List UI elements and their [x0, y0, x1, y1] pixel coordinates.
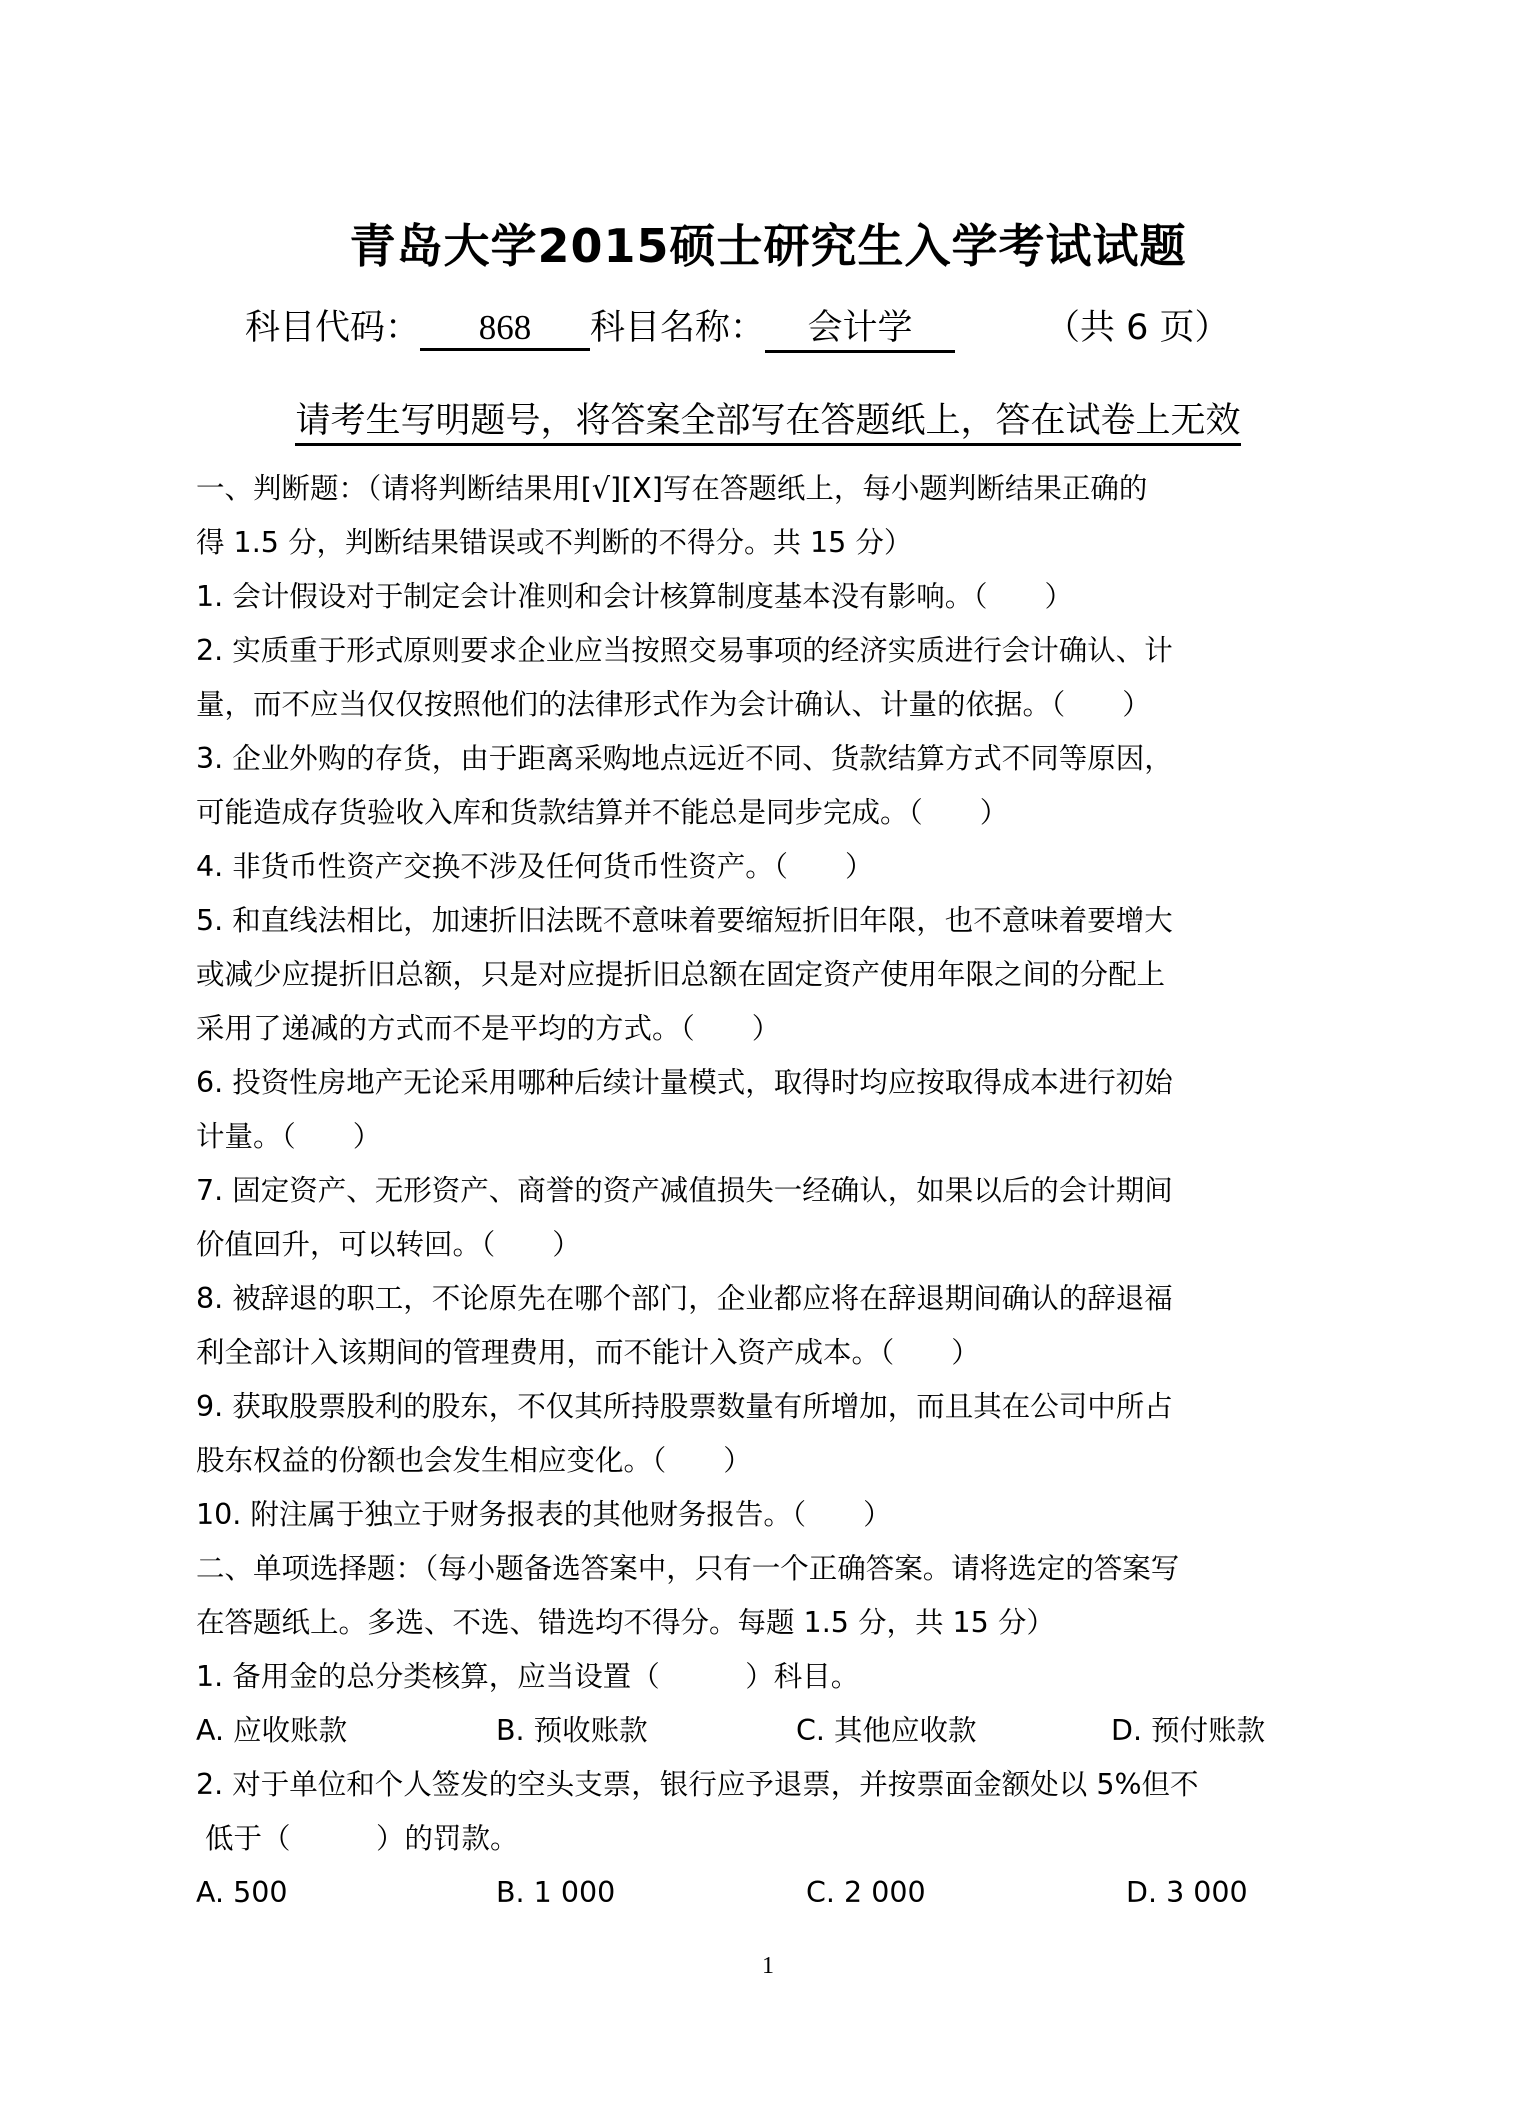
question-text: 采用了递减的方式而不是平均的方式。（ ）: [196, 1002, 1356, 1056]
section-true-false: 一、判断题：（请将判断结果用[√][X]写在答题纸上，每小题判断结果正确的 得 …: [196, 462, 1356, 1542]
section-header: 一、判断题：（请将判断结果用[√][X]写在答题纸上，每小题判断结果正确的: [196, 462, 1356, 516]
question-text: 计量。（ ）: [196, 1110, 1356, 1164]
question-4: 4. 非货币性资产交换不涉及任何货币性资产。（ ）: [196, 840, 1356, 894]
option-row: A. 应收账款 B. 预收账款 C. 其他应收款 D. 预付账款: [196, 1704, 1356, 1758]
option-c: C. 其他应收款: [796, 1704, 1111, 1758]
exam-body: 一、判断题：（请将判断结果用[√][X]写在答题纸上，每小题判断结果正确的 得 …: [196, 462, 1356, 1920]
question-7: 7. 固定资产、无形资产、商誉的资产减值损失一经确认，如果以后的会计期间 价值回…: [196, 1164, 1356, 1272]
question-text: 1. 备用金的总分类核算，应当设置（ ）科目。: [196, 1650, 1356, 1704]
question-text: 10. 附注属于独立于财务报表的其他财务报告。（ ）: [196, 1488, 1356, 1542]
exam-page: 青岛大学2015硕士研究生入学考试试题 科目代码：868科目名称：会计学（共 6…: [0, 0, 1536, 2127]
exam-title: 青岛大学2015硕士研究生入学考试试题: [0, 210, 1536, 276]
question-text: 可能造成存货验收入库和货款结算并不能总是同步完成。（ ）: [196, 786, 1356, 840]
notice-text: 请考生写明题号，将答案全部写在答题纸上，答在试卷上无效: [295, 401, 1240, 446]
question-text: 1. 会计假设对于制定会计准则和会计核算制度基本没有影响。（ ）: [196, 570, 1356, 624]
option-a: A. 500: [196, 1866, 496, 1920]
question-1: 1. 会计假设对于制定会计准则和会计核算制度基本没有影响。（ ）: [196, 570, 1356, 624]
exam-notice: 请考生写明题号，将答案全部写在答题纸上，答在试卷上无效: [0, 393, 1536, 443]
option-row: A. 500 B. 1 000 C. 2 000 D. 3 000: [196, 1866, 1356, 1920]
section-header: 在答题纸上。多选、不选、错选均不得分。每题 1.5 分，共 15 分）: [196, 1596, 1356, 1650]
option-a: A. 应收账款: [196, 1704, 496, 1758]
question-3: 3. 企业外购的存货，由于距离采购地点远近不同、货款结算方式不同等原因， 可能造…: [196, 732, 1356, 840]
section-single-choice: 二、单项选择题：（每小题备选答案中，只有一个正确答案。请将选定的答案写 在答题纸…: [196, 1542, 1356, 1920]
subject-info: 科目代码：868科目名称：会计学（共 6 页）: [245, 300, 1230, 353]
choice-question-2: 2. 对于单位和个人签发的空头支票，银行应予退票，并按票面金额处以 5%但不 低…: [196, 1758, 1356, 1920]
question-6: 6. 投资性房地产无论采用哪种后续计量模式，取得时均应按取得成本进行初始 计量。…: [196, 1056, 1356, 1164]
question-10: 10. 附注属于独立于财务报表的其他财务报告。（ ）: [196, 1488, 1356, 1542]
option-b: B. 预收账款: [496, 1704, 796, 1758]
question-text: 3. 企业外购的存货，由于距离采购地点远近不同、货款结算方式不同等原因，: [196, 732, 1356, 786]
question-text: 或减少应提折旧总额，只是对应提折旧总额在固定资产使用年限之间的分配上: [196, 948, 1356, 1002]
question-2: 2. 实质重于形式原则要求企业应当按照交易事项的经济实质进行会计确认、计 量，而…: [196, 624, 1356, 732]
question-text: 5. 和直线法相比，加速折旧法既不意味着要缩短折旧年限，也不意味着要增大: [196, 894, 1356, 948]
option-d: D. 预付账款: [1111, 1704, 1265, 1758]
question-text: 4. 非货币性资产交换不涉及任何货币性资产。（ ）: [196, 840, 1356, 894]
subject-code: 868: [420, 308, 590, 351]
question-text: 股东权益的份额也会发生相应变化。（ ）: [196, 1434, 1356, 1488]
section-header: 得 1.5 分，判断结果错误或不判断的不得分。共 15 分）: [196, 516, 1356, 570]
question-text: 7. 固定资产、无形资产、商誉的资产减值损失一经确认，如果以后的会计期间: [196, 1164, 1356, 1218]
question-text: 利全部计入该期间的管理费用，而不能计入资产成本。（ ）: [196, 1326, 1356, 1380]
page-number: 1: [0, 1953, 1536, 1980]
question-8: 8. 被辞退的职工，不论原先在哪个部门，企业都应将在辞退期间确认的辞退福 利全部…: [196, 1272, 1356, 1380]
option-d: D. 3 000: [1126, 1866, 1248, 1920]
question-text: 6. 投资性房地产无论采用哪种后续计量模式，取得时均应按取得成本进行初始: [196, 1056, 1356, 1110]
question-text: 2. 实质重于形式原则要求企业应当按照交易事项的经济实质进行会计确认、计: [196, 624, 1356, 678]
question-5: 5. 和直线法相比，加速折旧法既不意味着要缩短折旧年限，也不意味着要增大 或减少…: [196, 894, 1356, 1056]
question-text: 低于（ ）的罚款。: [196, 1812, 1356, 1866]
section-header: 二、单项选择题：（每小题备选答案中，只有一个正确答案。请将选定的答案写: [196, 1542, 1356, 1596]
option-c: C. 2 000: [806, 1866, 1126, 1920]
question-text: 8. 被辞退的职工，不论原先在哪个部门，企业都应将在辞退期间确认的辞退福: [196, 1272, 1356, 1326]
subject-code-label: 科目代码：: [245, 308, 420, 348]
subject-name: 会计学: [765, 300, 955, 353]
question-text: 量，而不应当仅仅按照他们的法律形式作为会计确认、计量的依据。（ ）: [196, 678, 1356, 732]
question-9: 9. 获取股票股利的股东，不仅其所持股票数量有所增加，而且其在公司中所占 股东权…: [196, 1380, 1356, 1488]
question-text: 9. 获取股票股利的股东，不仅其所持股票数量有所增加，而且其在公司中所占: [196, 1380, 1356, 1434]
page-count: （共 6 页）: [1045, 308, 1230, 348]
question-text: 2. 对于单位和个人签发的空头支票，银行应予退票，并按票面金额处以 5%但不: [196, 1758, 1356, 1812]
question-text: 价值回升，可以转回。（ ）: [196, 1218, 1356, 1272]
subject-name-label: 科目名称：: [590, 308, 765, 348]
option-b: B. 1 000: [496, 1866, 806, 1920]
choice-question-1: 1. 备用金的总分类核算，应当设置（ ）科目。 A. 应收账款 B. 预收账款 …: [196, 1650, 1356, 1758]
